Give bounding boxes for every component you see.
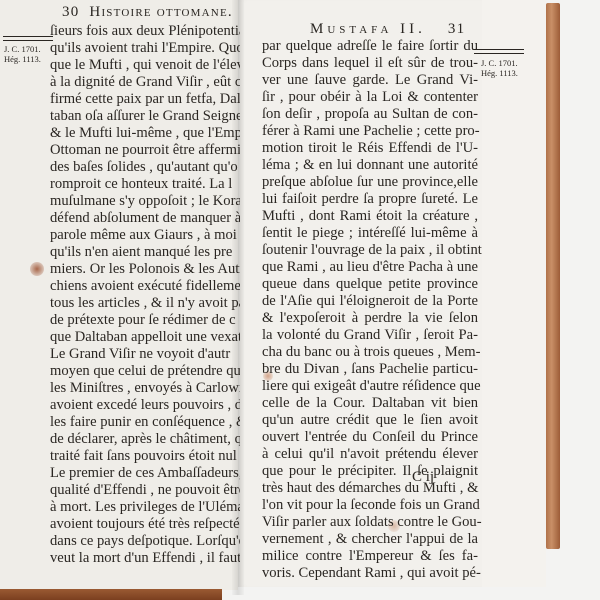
text-line: avoient toujours été très reſpectés	[50, 516, 240, 533]
right-page-text: par quelque adreſſe le faire ſortir du C…	[262, 38, 478, 582]
text-line: que pour le précipiter. Il ſe plaignit	[262, 463, 478, 480]
right-margin-note: J. C. 1701. Hég. 1113.	[481, 58, 518, 78]
text-line: qu'un autre crédit que le ſien avoit	[262, 412, 478, 429]
text-line: la volonté du Grand Viſir , ſeroit Pa-	[262, 327, 478, 344]
text-line: vernement , & chercher l'appui de la	[262, 531, 478, 548]
text-line: l'on vit pour la ſeconde fois un Grand	[262, 497, 478, 514]
text-line: Ottoman ne pourroit être affermi ſu	[50, 142, 240, 159]
text-line: bre du Divan , ſans Pachelie particu-	[262, 361, 478, 378]
text-line: ſentit le piege ; intéreſſé lui-même à	[262, 225, 478, 242]
text-line: Le premier de ces Ambaſſadeurs, e	[50, 465, 240, 482]
text-line: par quelque adreſſe le faire ſortir du	[262, 38, 478, 55]
text-line: Mufti , dont Rami étoit la créature ,	[262, 208, 478, 225]
text-line: ver une ſauve garde. Le Grand Vi-	[262, 72, 478, 89]
text-line: preſque abſolue ſur une province,elle	[262, 174, 478, 191]
text-line: qualité d'Effendi , ne pouvoit être mi	[50, 482, 240, 499]
right-page-number: 31	[448, 21, 465, 37]
text-line: chiens avoient exécuté fidellemen	[50, 278, 240, 295]
text-line: que Rami , au lieu d'être Pacha à une	[262, 259, 478, 276]
text-line: milice contre l'Empereur & ſes fa-	[262, 548, 478, 565]
text-line: ſoutenir l'ouvrage de la paix , il obtin…	[262, 242, 478, 259]
left-page-number: 30	[62, 4, 79, 20]
text-line: ſir , pour obéir à la Loi & contenter	[262, 89, 478, 106]
text-line: parole même aux Giaurs , à moi	[50, 227, 240, 244]
text-line: liere qui exigeât d'autre réſidence que	[262, 378, 478, 395]
left-running-title: Histoire ottomane.	[89, 4, 232, 20]
text-line: & l'expoſeroit à perdre la vie ſelon	[262, 310, 478, 327]
margin-rule-right	[474, 49, 524, 54]
foxing-stain	[30, 262, 44, 276]
text-line: tous les articles , & il n'y avoit pa	[50, 295, 240, 312]
text-line: dans ce pays deſpotique. Lorſqu'on	[50, 533, 240, 550]
right-running-title: Mustafa II.	[310, 21, 426, 37]
text-line: miers. Or les Polonois & les Autr	[50, 261, 240, 278]
text-line: que Daltaban appelloit une vexation	[50, 329, 240, 346]
text-line: de l'Aſie qui l'éloigneroit de la Porte	[262, 293, 478, 310]
text-line: ouvert l'entrée du Conſeil du Prince	[262, 429, 478, 446]
text-line: muſulmane s'y oppoſoit ; le Kora	[50, 193, 240, 210]
open-book: 30Histoire ottomane. J. C. 1701. Hég. 11…	[0, 0, 600, 600]
text-line: à celui qu'il n'avoit prétendu élever	[262, 446, 478, 463]
text-line: ſieurs fois aux deux Plénipotentiai	[50, 23, 240, 40]
text-line: traité fait ſans pouvoirs étoit nul	[50, 448, 240, 465]
margin-note-hegira: Hég. 1113.	[481, 68, 518, 78]
text-line: taban oſa aſſurer le Grand Seigne	[50, 108, 240, 125]
text-line: défend abſolument de manquer à	[50, 210, 240, 227]
text-line: ſon deſir , propoſa au Sultan de con-	[262, 106, 478, 123]
text-line: cha du banc ou à trois queues , Mem-	[262, 344, 478, 361]
text-line: de déclarer, après le châtiment, qu	[50, 431, 240, 448]
text-line: lui faiſoit perdre ſa propre ſureté. Le	[262, 191, 478, 208]
text-line: firmé cette paix par un fetfa, Dal	[50, 91, 240, 108]
text-line: les Miniſtres , envoyés à Carlowitz	[50, 380, 240, 397]
text-line: léma ; & en lui donnant une autorité	[262, 157, 478, 174]
text-line: qu'ils avoient trahi l'Empire. Quo	[50, 40, 240, 57]
left-running-head: 30Histoire ottomane.	[62, 4, 233, 21]
text-line: moyen que celui de prétendre qu	[50, 363, 240, 380]
text-line: à mort. Les privileges de l'Uléma	[50, 499, 240, 516]
text-line: très haut des démarches du Mufti , &	[262, 480, 478, 497]
margin-note-year: J. C. 1701.	[4, 44, 41, 54]
right-page-margin	[482, 0, 546, 587]
right-leather-cover-edge	[546, 3, 560, 549]
text-line: romproit ce honteux traité. La l	[50, 176, 240, 193]
text-line: qu'ils n'en aient manqué les pre	[50, 244, 240, 261]
text-line: voris. Cependant Rami , qui avoit pé-	[262, 565, 478, 582]
text-line: férer à Rami une Pachelie ; cette pro-	[262, 123, 478, 140]
text-line: des baſes ſolides , qu'autant qu'o	[50, 159, 240, 176]
margin-rule-left	[3, 36, 53, 41]
text-line: queue dans quelque petite province	[262, 276, 478, 293]
margin-note-year: J. C. 1701.	[481, 58, 518, 68]
text-line: veut la mort d'un Effendi , il faut	[50, 550, 240, 567]
text-line: motion tiroit le Réis Effendi de l'U-	[262, 140, 478, 157]
text-line: Viſir parler aux ſoldats contre le Gou-	[262, 514, 478, 531]
text-line: & le Mufti lui-même , que l'Empi	[50, 125, 240, 142]
text-line: avoient excedé leurs pouvoirs , d	[50, 397, 240, 414]
text-line: que le Mufti , qui venoit de l'éleve	[50, 57, 240, 74]
text-line: Corps dans lequel il eſt sûr de trou-	[262, 55, 478, 72]
left-margin-note: J. C. 1701. Hég. 1113.	[4, 44, 41, 64]
left-page-text: ſieurs fois aux deux Plénipotentiai qu'i…	[50, 23, 240, 567]
left-cover-edge	[0, 589, 222, 600]
text-line: les faire punir en conſéquence , &	[50, 414, 240, 431]
text-line: celle de la Cour. Daltaban vit bien	[262, 395, 478, 412]
text-line: de prétexte pour ſe rédimer de c	[50, 312, 240, 329]
margin-note-hegira: Hég. 1113.	[4, 54, 41, 64]
text-line: à la dignité de Grand Viſir , eût co	[50, 74, 240, 91]
signature-mark: C ij	[412, 469, 434, 486]
text-line: Le Grand Viſir ne voyoit d'autr	[50, 346, 240, 363]
right-running-head: Mustafa II.31	[310, 21, 465, 38]
